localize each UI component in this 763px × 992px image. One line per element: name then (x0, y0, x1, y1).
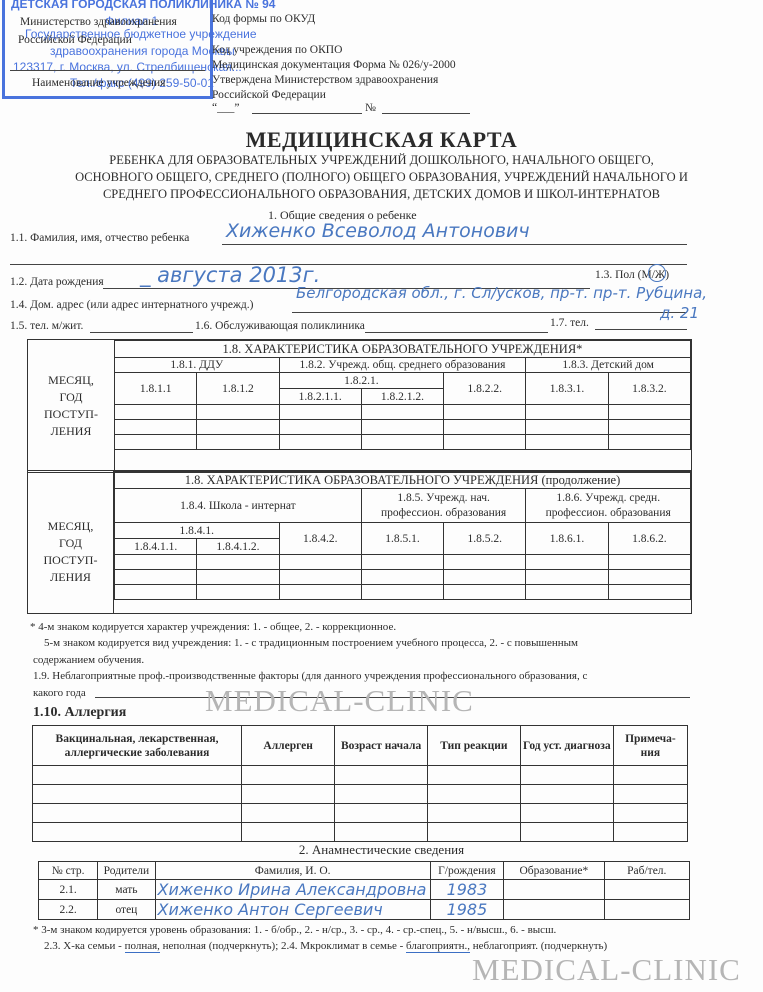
address-label: 1.4. Дом. адрес (или адрес интернатного … (10, 298, 253, 312)
watermark: MEDICAL-CLINIC (205, 683, 474, 719)
father-name[interactable]: Хиженко Антон Сергеевич (155, 900, 430, 920)
table-row: 2.1. мать Хиженко Ирина Александровна 19… (39, 880, 690, 900)
stamp-line: 123317, г. Москва, ул. Стрелбищенская... (13, 60, 242, 74)
allergy-col-reaction: Тип реакции (427, 726, 520, 766)
phone-label: 1.5. тел. м/жит. (10, 319, 83, 333)
table-title: 1.8. ХАРАКТЕРИСТИКА ОБРАЗОВАТЕЛЬНОГО УЧР… (115, 341, 691, 358)
ministry-label: Министерство здравоохранения (20, 15, 177, 29)
group-school: 1.8.2. Учрежд. общ. среднего образования (279, 358, 526, 373)
father-birth-year[interactable]: 1985 (430, 900, 503, 920)
birth-date-value[interactable]: _ августа 2013г. (140, 263, 320, 287)
okud-label: Код формы по ОКУД (212, 12, 315, 26)
document-subtitle-1: РЕБЕНКА ДЛЯ ОБРАЗОВАТЕЛЬНЫХ УЧРЕЖДЕНИЙ Д… (0, 152, 763, 169)
polyclinic-label: 1.6. Обслуживающая поликлиника (195, 319, 365, 333)
child-name-value[interactable]: Хиженко Всеволод Антонович (226, 220, 530, 242)
watermark: MEDICAL-CLINIC (472, 952, 741, 988)
group-ddu: 1.8.1. ДДУ (115, 358, 280, 373)
allergy-col-allergen: Аллерген (242, 726, 335, 766)
table-title: 1.8. ХАРАКТЕРИСТИКА ОБРАЗОВАТЕЛЬНОГО УЧР… (115, 472, 691, 489)
climate-favorable-underlined[interactable]: благоприятн., (406, 940, 470, 953)
allergy-col-diagnosis-year: Год уст. диагноза (520, 726, 613, 766)
education-footnote: * 3-м знаком кодируется уровень образова… (33, 923, 556, 937)
address-value-2[interactable]: д. 21 (660, 304, 699, 322)
allergy-col-diseases: Вакцинальная, лекарственная, аллергическ… (33, 726, 242, 766)
sex-selection-circle (648, 264, 666, 282)
group-primary-prof: 1.8.5. Учрежд. нач.профессион. образован… (361, 489, 526, 523)
group-secondary-prof: 1.8.6. Учрежд. средн.профессион. образов… (526, 489, 691, 523)
note-since-year: какого года (33, 686, 86, 700)
address-value[interactable]: Белгородская обл., г. Сл/усков, пр-т. пр… (296, 284, 707, 302)
institution-label: Наименование учреждения (32, 76, 165, 90)
polyclinic-phone-label: 1.7. тел. (550, 316, 589, 330)
institution-grid-1: 1.8. ХАРАКТЕРИСТИКА ОБРАЗОВАТЕЛЬНОГО УЧР… (114, 340, 691, 450)
birth-date-label: 1.2. Дата рождения (10, 275, 104, 289)
date-quote: “___” (212, 101, 239, 115)
note-content: содержанием обучения. (33, 653, 144, 667)
parents-table: № стр. Родители Фамилия, И. О. Г/рождени… (38, 861, 690, 920)
allergy-col-onset-age: Возраст начала (335, 726, 428, 766)
country-label: Российской Федерации (18, 33, 132, 47)
month-year-label-2: МЕСЯЦ, ГОД ПОСТУП- ЛЕНИЯ (28, 471, 114, 613)
document-subtitle-3: СРЕДНЕГО ПРОФЕССИОНАЛЬНОГО ОБРАЗОВАНИЯ, … (0, 186, 763, 203)
table-row: 2.2. отец Хиженко Антон Сергеевич 1985 (39, 900, 690, 920)
number-sign: № (365, 101, 376, 115)
approved-label: Утверждена Министерством здравоохранения (212, 73, 438, 87)
approved-country-label: Российской Федерации (212, 88, 326, 102)
month-year-label: МЕСЯЦ, ГОД ПОСТУП- ЛЕНИЯ (28, 340, 115, 472)
allergy-col-notes: Примеча-ния (613, 726, 687, 766)
document-title: МЕДИЦИНСКАЯ КАРТА (0, 127, 763, 153)
child-name-label: 1.1. Фамилия, имя, отчество ребенка (10, 231, 189, 245)
allergy-heading: 1.10. Аллергия (33, 705, 126, 721)
stamp-line: ДЕТСКАЯ ГОРОДСКАЯ ПОЛИКЛИНИКА № 94 (11, 0, 275, 11)
group-orphanage: 1.8.3. Детский дом (526, 358, 691, 373)
family-info: 2.3. Х-ка семьи - полная, неполная (подч… (44, 939, 607, 953)
form-number-label: Медицинская документация Форма № 026/у-2… (212, 58, 456, 72)
family-complete-underlined[interactable]: полная, (125, 940, 160, 953)
mother-birth-year[interactable]: 1983 (430, 880, 503, 900)
okpo-label: Код учреждения по ОКПО (212, 43, 342, 57)
note-4th-sign: * 4-м знаком кодируется характер учрежде… (30, 620, 396, 634)
document-subtitle-2: ОСНОВНОГО ОБЩЕГО, СРЕДНЕГО (ПОЛНОГО) ОБЩ… (0, 169, 763, 186)
note-hazards: 1.9. Неблагоприятные проф.-производствен… (33, 669, 587, 683)
note-5th-sign: 5-м знаком кодируется вид учреждения: 1.… (44, 636, 578, 650)
section2-heading: 2. Анамнестические сведения (0, 843, 763, 857)
allergy-table: Вакцинальная, лекарственная, аллергическ… (32, 725, 688, 842)
mother-name[interactable]: Хиженко Ирина Александровна (155, 880, 430, 900)
institution-grid-2: 1.8. ХАРАКТЕРИСТИКА ОБРАЗОВАТЕЛЬНОГО УЧР… (114, 471, 691, 600)
group-boarding-school: 1.8.4. Школа - интернат (115, 489, 362, 523)
